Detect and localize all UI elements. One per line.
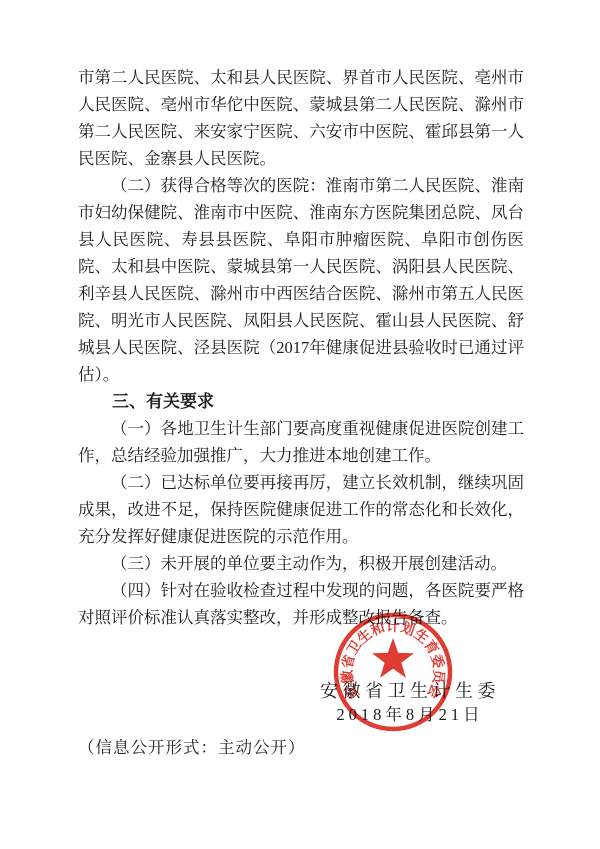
document-body: 市第二人民医院、太和县人民医院、界首市人民医院、亳州市人民医院、亳州市华佗中医院… bbox=[78, 64, 524, 631]
disclosure-note: （信息公开形式：主动公开） bbox=[78, 734, 306, 758]
paragraph-requirement-3: （三）未开展的单位要主动作为，积极开展创建活动。 bbox=[78, 550, 524, 577]
paragraph-requirement-1: （一）各地卫生计生部门要高度重视健康促进医院创建工作，总结经验加强推广，大力推进… bbox=[78, 415, 524, 469]
document-page: 市第二人民医院、太和县人民医院、界首市人民医院、亳州市人民医院、亳州市华佗中医院… bbox=[0, 0, 600, 849]
official-seal-stamp: 安徽省卫生和计划生育委员会 bbox=[323, 602, 463, 742]
section-heading-requirements: 三、有关要求 bbox=[78, 388, 524, 415]
paragraph-requirement-2: （二）已达标单位要再接再厉，建立长效机制，继续巩固成果，改进不足，保持医院健康促… bbox=[78, 469, 524, 550]
paragraph-qualified-hospitals: （二）获得合格等次的医院：淮南市第二人民医院、淮南市妇幼保健院、淮南市中医院、淮… bbox=[78, 172, 524, 388]
seal-star-icon bbox=[372, 638, 414, 678]
paragraph-hospital-list-continued: 市第二人民医院、太和县人民医院、界首市人民医院、亳州市人民医院、亳州市华佗中医院… bbox=[78, 64, 524, 172]
